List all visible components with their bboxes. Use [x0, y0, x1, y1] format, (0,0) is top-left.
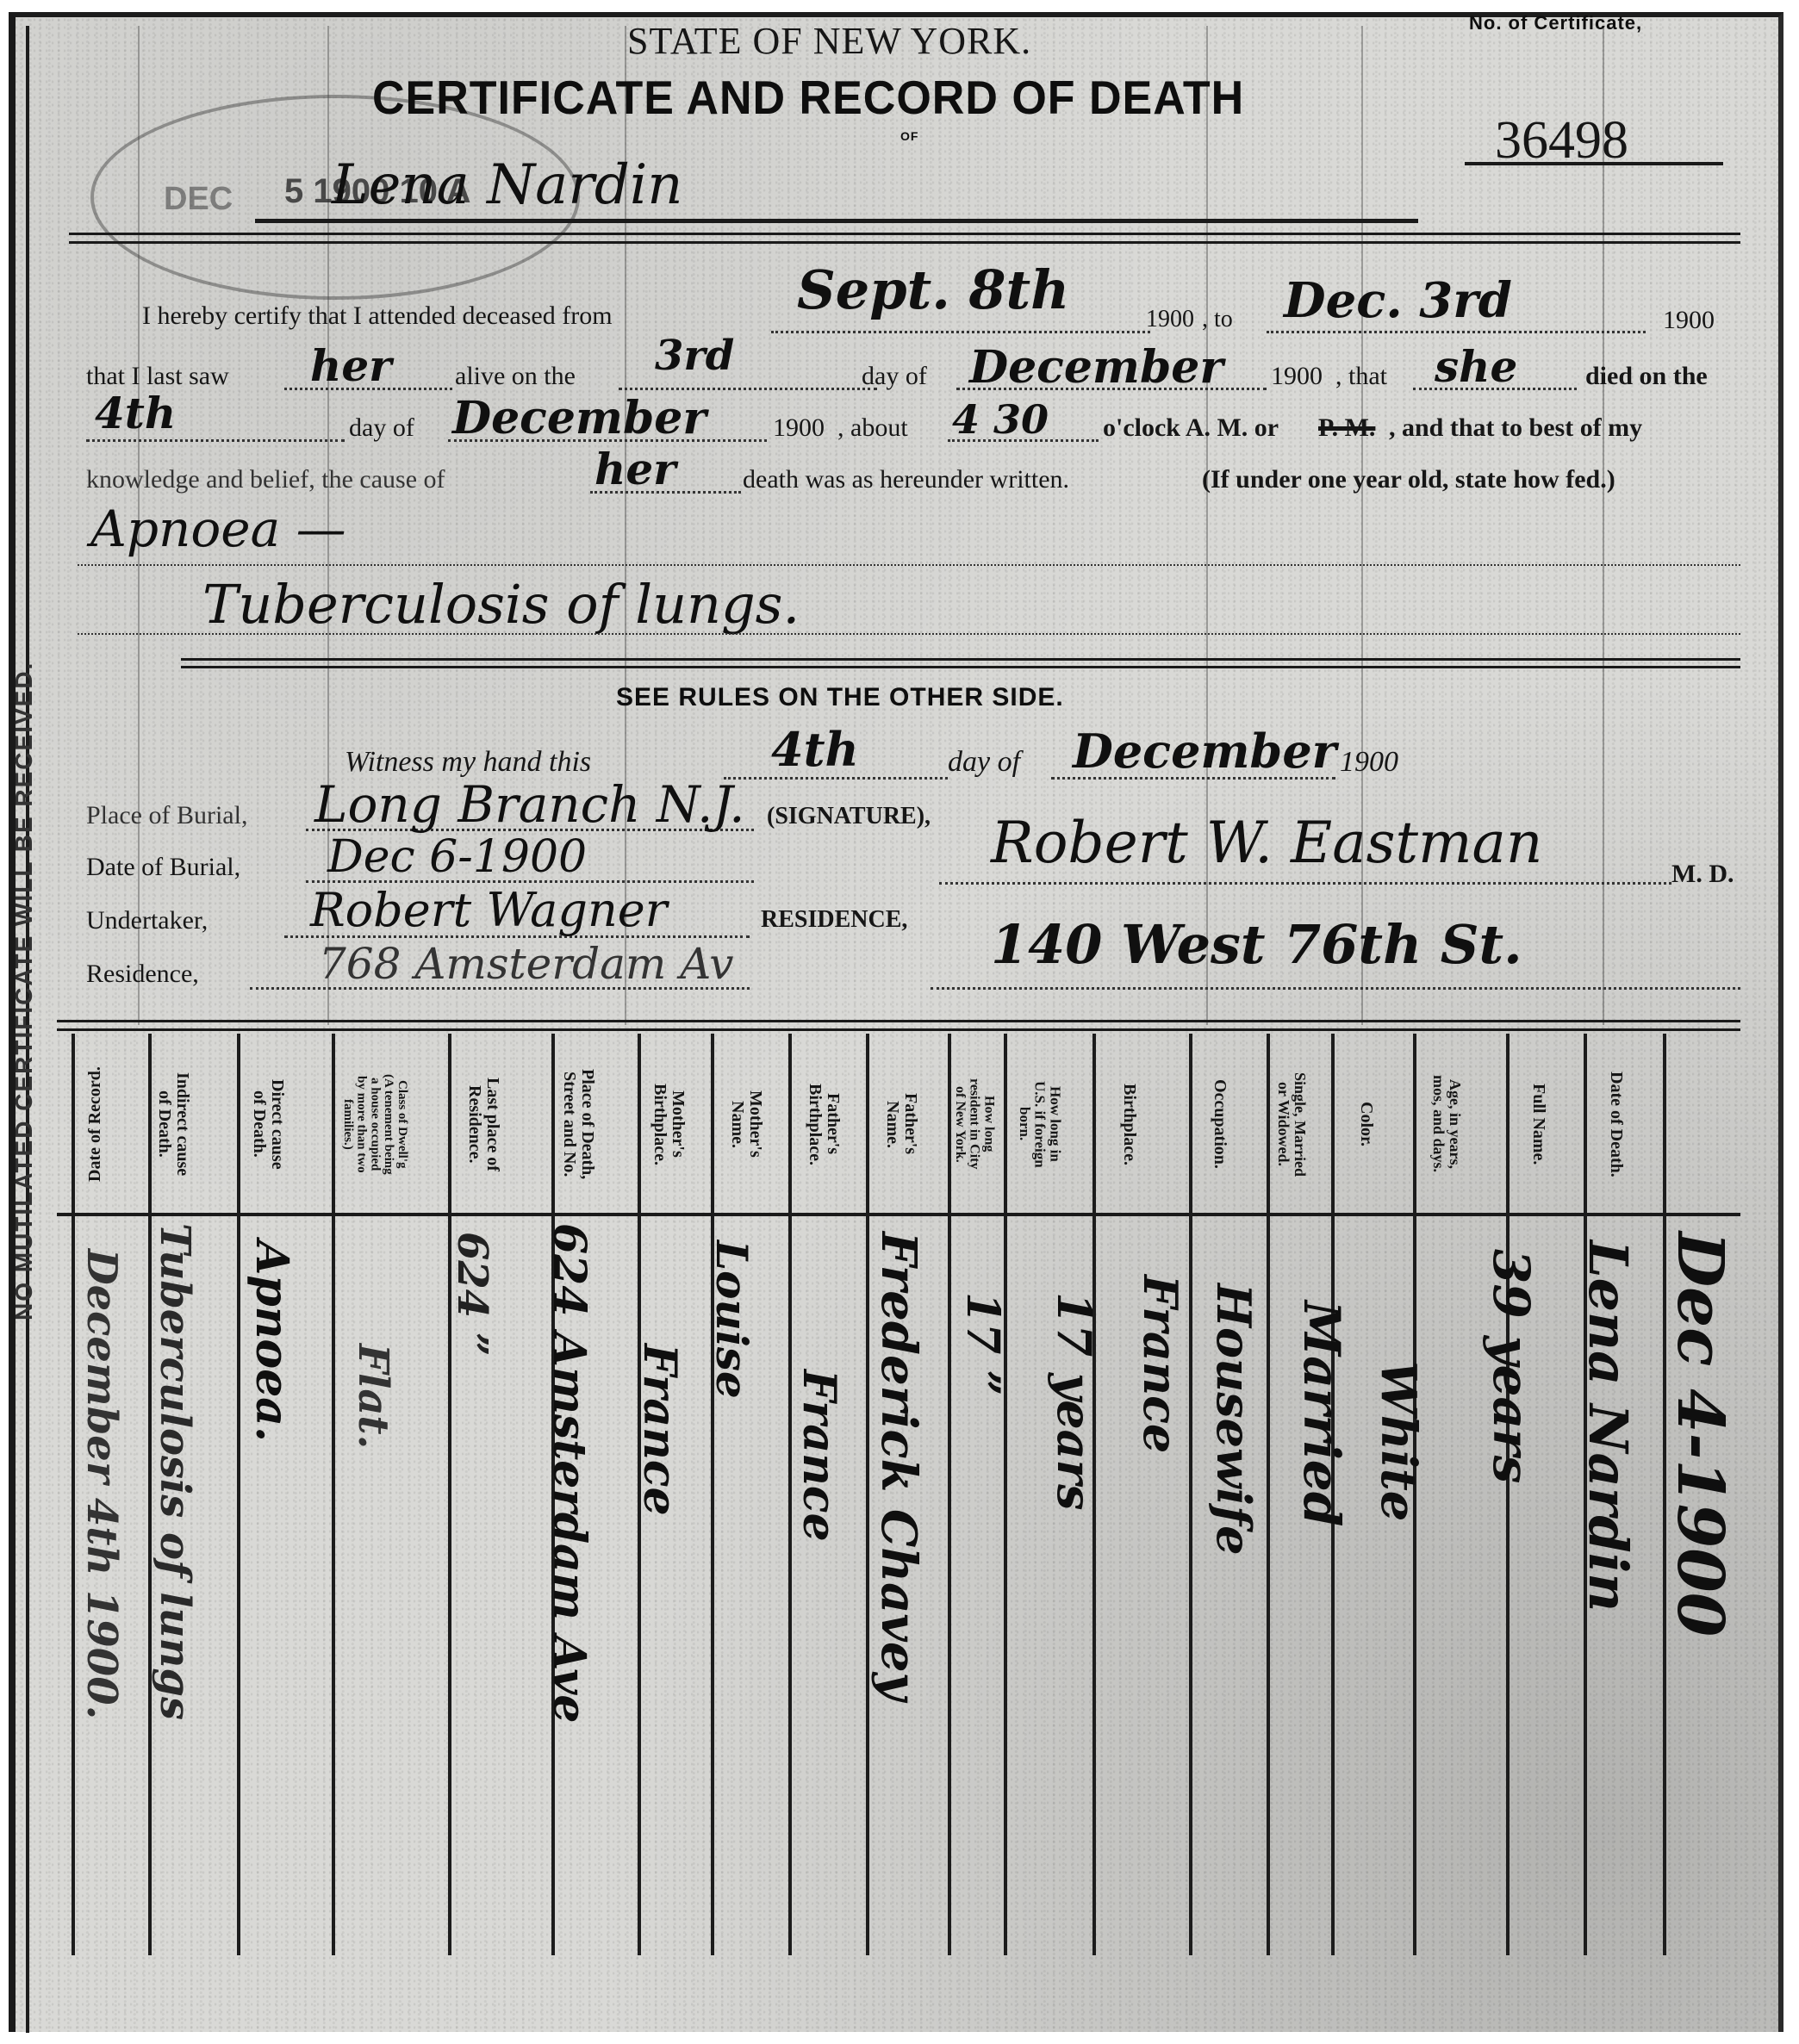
- ledger-value-birthplace: France: [1133, 1275, 1188, 1453]
- witness-day-line: [724, 777, 948, 780]
- last-seen-day-line: [619, 388, 877, 390]
- section-rule-1: [181, 658, 1740, 661]
- physician-residence-label: RESIDENCE,: [761, 906, 907, 934]
- state-heading: STATE OF NEW YORK.: [627, 19, 1031, 63]
- that-label: , that: [1335, 362, 1387, 391]
- ledger-value-occupation: Housewife: [1206, 1283, 1261, 1556]
- death-day: 4th: [95, 388, 176, 438]
- cause-line-1: Apnoea —: [90, 500, 346, 558]
- ledger-header-rule: [57, 1213, 1740, 1216]
- ledger-header-date-of-death: Date of Death.: [1607, 1042, 1625, 1206]
- rules-note: SEE RULES ON THE OTHER SIDE.: [616, 683, 1064, 712]
- died-pronoun: she: [1435, 341, 1517, 392]
- ledger-header-place-of-death: Place of Death, Street and No.: [560, 1042, 596, 1206]
- ledger-header-resident-nyc: How long resident in City of New York.: [952, 1042, 995, 1206]
- day-of-label-2: day of: [349, 413, 414, 443]
- column-divider: [237, 1034, 240, 1955]
- witness-day-of-label: day of: [948, 746, 1020, 779]
- cause-line-2: Tuberculosis of lungs.: [202, 573, 800, 636]
- ledger-value-age: 39 years: [1482, 1249, 1541, 1483]
- death-time: 4 30: [952, 396, 1049, 443]
- death-day-line: [86, 439, 345, 442]
- column-divider: [1189, 1034, 1192, 1955]
- about-label: , about: [837, 413, 908, 443]
- saw-pronoun: her: [310, 340, 392, 391]
- ledger-header-full-name: Full Name.: [1529, 1042, 1547, 1206]
- side-notice: NO MUTILATED CERTIFICATE WILL BE RECEIVE…: [10, 448, 38, 1533]
- physician-residence-line: [931, 987, 1740, 990]
- attended-to-value: Dec. 3rd: [1284, 272, 1512, 329]
- header-double-rule-1: [69, 233, 1740, 235]
- death-month: December: [452, 392, 707, 444]
- year3-label: 1900: [1271, 362, 1323, 391]
- ledger-header-mothers-name: Mother's Name.: [728, 1042, 764, 1206]
- guide-line: [1603, 26, 1604, 1025]
- undertaker-value: Robert Wagner: [310, 883, 668, 937]
- last-seen-day: 3rd: [655, 332, 734, 380]
- ledger-header-occupation: Occupation.: [1211, 1042, 1229, 1206]
- undertaker-label: Undertaker,: [86, 906, 208, 935]
- column-divider: [788, 1034, 792, 1955]
- ledger-top-rule-2: [57, 1028, 1740, 1031]
- cert-line4-suffix: death was as hereunder written.: [743, 465, 1069, 494]
- md-label: M. D.: [1671, 860, 1734, 889]
- ledger-value-marital-status: Married: [1292, 1301, 1351, 1526]
- ledger-header-age: Age, in years, mos, and days.: [1430, 1042, 1463, 1206]
- ledger-value-direct-cause: Apnoea.: [246, 1240, 298, 1442]
- section-rule-2: [181, 666, 1740, 668]
- date-of-burial-label: Date of Burial,: [86, 853, 240, 882]
- ledger-header-last-residence: Last place of Residence.: [465, 1042, 501, 1206]
- ledger-value-mothers-name: Louise: [707, 1240, 757, 1399]
- year2-label: 1900: [1663, 306, 1715, 335]
- ledger-header-fathers-name: Father's Name.: [883, 1042, 919, 1206]
- ledger-header-color: Color.: [1357, 1042, 1375, 1206]
- column-divider: [711, 1034, 714, 1955]
- deceased-name: Lena Nardin: [332, 153, 683, 217]
- cert-line2-prefix: that I last saw: [86, 362, 229, 391]
- ledger-value-date-of-death: Dec 4-1900: [1663, 1232, 1737, 1637]
- ledger-header-date-of-record: Date of Record.: [86, 1042, 104, 1206]
- infant-note: (If under one year old, state how fed.): [1202, 465, 1615, 494]
- alive-on-label: alive on the: [455, 362, 576, 391]
- ledger-value-fathers-birthplace: France: [793, 1370, 845, 1542]
- ledger-header-years-in-us: How long in U.S. if foreign born.: [1017, 1042, 1063, 1206]
- of-label: OF: [900, 129, 918, 143]
- ledger-top-rule-1: [57, 1020, 1740, 1022]
- pm-struck: P. M.: [1318, 413, 1375, 443]
- stamp-month: DEC: [164, 181, 233, 218]
- number-underline: [1465, 162, 1723, 165]
- died-on-label: died on the: [1585, 362, 1708, 391]
- ledger-value-last-residence: 624 ”: [448, 1232, 496, 1357]
- witness-year: 1900: [1340, 746, 1398, 779]
- ledger-value-indirect-cause: Tuberculosis of lungs: [151, 1223, 199, 1720]
- place-of-burial-label: Place of Burial,: [86, 801, 247, 830]
- signature-label: (SIGNATURE),: [767, 803, 931, 830]
- cert-line1-prefix: I hereby certify that I attended decease…: [142, 301, 613, 331]
- cause-field-line-1: [78, 564, 1740, 566]
- certificate-title: CERTIFICATE AND RECORD OF DEATH: [372, 71, 1244, 126]
- ledger-header-birthplace: Birthplace.: [1120, 1042, 1138, 1206]
- attended-to-field-line: [1267, 331, 1646, 333]
- certificate-number-label: No. of Certificate,: [1469, 12, 1642, 34]
- column-divider: [1267, 1034, 1270, 1955]
- day-of-label: day of: [862, 362, 927, 391]
- best-label: , and that to best of my: [1389, 413, 1642, 443]
- name-underline: [255, 219, 1418, 223]
- date-of-burial-value: Dec 6-1900: [327, 831, 587, 883]
- to-label: , to: [1202, 306, 1233, 333]
- physician-residence-value: 140 West 76th St.: [991, 913, 1522, 976]
- witness-prefix: Witness my hand this: [345, 746, 591, 779]
- ledger-value-years-in-us: 17 years: [1047, 1292, 1102, 1511]
- header-double-rule-2: [69, 241, 1740, 244]
- cause-pronoun: her: [594, 444, 676, 494]
- last-seen-month: December: [969, 341, 1223, 394]
- attended-from-value: Sept. 8th: [797, 258, 1069, 321]
- ledger-value-color: White: [1370, 1361, 1427, 1521]
- cert-line4-prefix: knowledge and belief, the cause of: [86, 465, 445, 494]
- ledger-header-fathers-birthplace: Father's Birthplace.: [806, 1042, 842, 1206]
- column-divider: [948, 1034, 951, 1955]
- oclock-label: o'clock A. M. or: [1103, 413, 1279, 443]
- ledger-value-full-name: Lena Nardin: [1577, 1240, 1640, 1612]
- column-divider: [448, 1034, 451, 1955]
- ledger-header-direct-cause: Direct cause of Death.: [250, 1042, 286, 1206]
- ledger-header-indirect-cause: Indirect cause of Death.: [155, 1042, 191, 1206]
- column-divider: [332, 1034, 335, 1955]
- column-divider: [1506, 1034, 1510, 1955]
- physician-signature: Robert W. Eastman: [991, 810, 1542, 876]
- witness-day: 4th: [771, 722, 859, 777]
- year4-label: 1900: [773, 413, 825, 443]
- ledger-value-place-of-death: 624 Amsterdam Ave: [543, 1223, 595, 1724]
- column-divider: [72, 1034, 75, 1955]
- ledger-value-resident-nyc: 17 ”: [956, 1292, 1009, 1395]
- ledger-value-class-of-dwelling: Flat.: [349, 1344, 397, 1449]
- ledger-value-mothers-birthplace: France: [633, 1344, 686, 1516]
- undertaker-residence-label: Residence,: [86, 960, 199, 989]
- ledger-header-class-of-dwelling: Class of Dwell'g (A tenement being a hou…: [340, 1042, 408, 1206]
- column-divider: [866, 1034, 869, 1955]
- ledger-header-marital-status: Single, Married or Widowed.: [1275, 1042, 1308, 1206]
- ledger-header-mothers-birthplace: Mother's Birthplace.: [651, 1042, 687, 1206]
- undertaker-residence-value: 768 Amsterdam Av: [319, 939, 734, 989]
- witness-month: December: [1073, 724, 1336, 779]
- signature-line: [939, 882, 1671, 885]
- attended-from-field-line: [771, 331, 1150, 333]
- ledger-value-date-of-record: December 4th 1900.: [78, 1249, 126, 1719]
- place-of-burial-value: Long Branch N.J.: [314, 775, 745, 834]
- year1-label: 1900: [1146, 306, 1194, 333]
- ledger-value-fathers-name: Frederick Chavey: [870, 1232, 927, 1700]
- cause-field-line-2: [78, 633, 1740, 635]
- column-divider: [1004, 1034, 1007, 1955]
